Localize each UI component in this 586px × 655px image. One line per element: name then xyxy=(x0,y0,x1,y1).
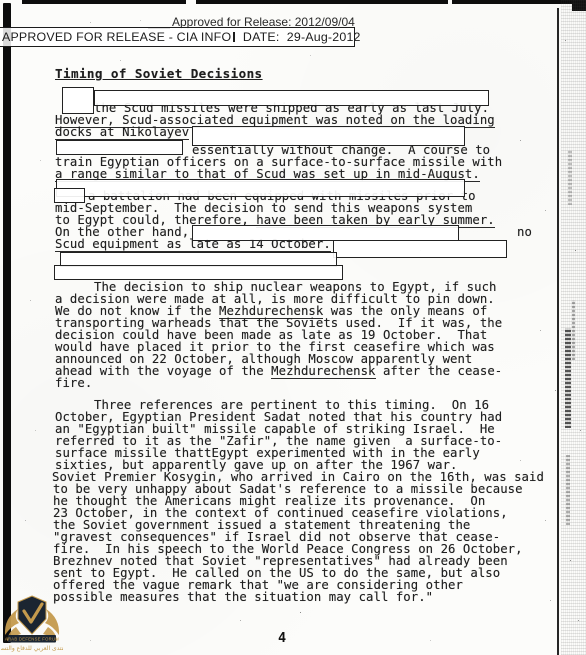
redaction-box xyxy=(54,265,343,280)
redaction-box xyxy=(54,188,85,203)
stamp-text-left: APPROVED FOR RELEASE - CIA INFO xyxy=(2,30,231,44)
redaction-box xyxy=(56,140,183,155)
scan-speckle xyxy=(0,0,1,1)
page-number: 4 xyxy=(278,630,286,646)
arab-defense-forum-watermark: ARAB DEFENSE FORUM المنتدى العربي للدفاع… xyxy=(1,591,63,653)
redaction-box xyxy=(333,240,507,258)
redaction-box xyxy=(62,87,94,114)
typed-line: fire. xyxy=(55,376,92,390)
stamp-text-right: DATE: 29-Aug-2012 xyxy=(239,30,360,44)
typed-line: no xyxy=(517,225,532,239)
scan-line-right xyxy=(557,8,559,655)
scanned-document-page: Approved for Release: 2012/09/04 APPROVE… xyxy=(0,0,586,655)
cia-approval-stamp: APPROVED FOR RELEASE - CIA INFO DATE: 29… xyxy=(0,27,355,47)
typed-line: docks at Nikolayev xyxy=(55,125,189,139)
section-heading: Timing of Soviet Decisions xyxy=(55,66,263,81)
typed-line: possible measures that the situation may… xyxy=(53,590,433,604)
redaction-box xyxy=(56,179,465,197)
scan-edge-top-mid xyxy=(196,0,448,4)
redaction-box xyxy=(192,225,459,241)
margin-smudge xyxy=(568,150,572,205)
margin-smudge xyxy=(572,300,575,360)
redaction-box xyxy=(94,90,489,106)
margin-smudge xyxy=(565,328,571,428)
scan-edge-left xyxy=(3,3,11,643)
empty-checkbox-icon xyxy=(233,32,235,42)
margin-smudge xyxy=(566,455,570,525)
typed-line: ahead with the voyage of the Mezhdureche… xyxy=(55,364,502,378)
shield-icon xyxy=(18,596,46,634)
scan-edge-top-left xyxy=(22,0,186,4)
redaction-box xyxy=(192,126,465,146)
watermark-title: ARAB DEFENSE FORUM xyxy=(5,637,59,642)
watermark-arabic-text: المنتدى العربي للدفاع والتسليح xyxy=(1,645,63,652)
